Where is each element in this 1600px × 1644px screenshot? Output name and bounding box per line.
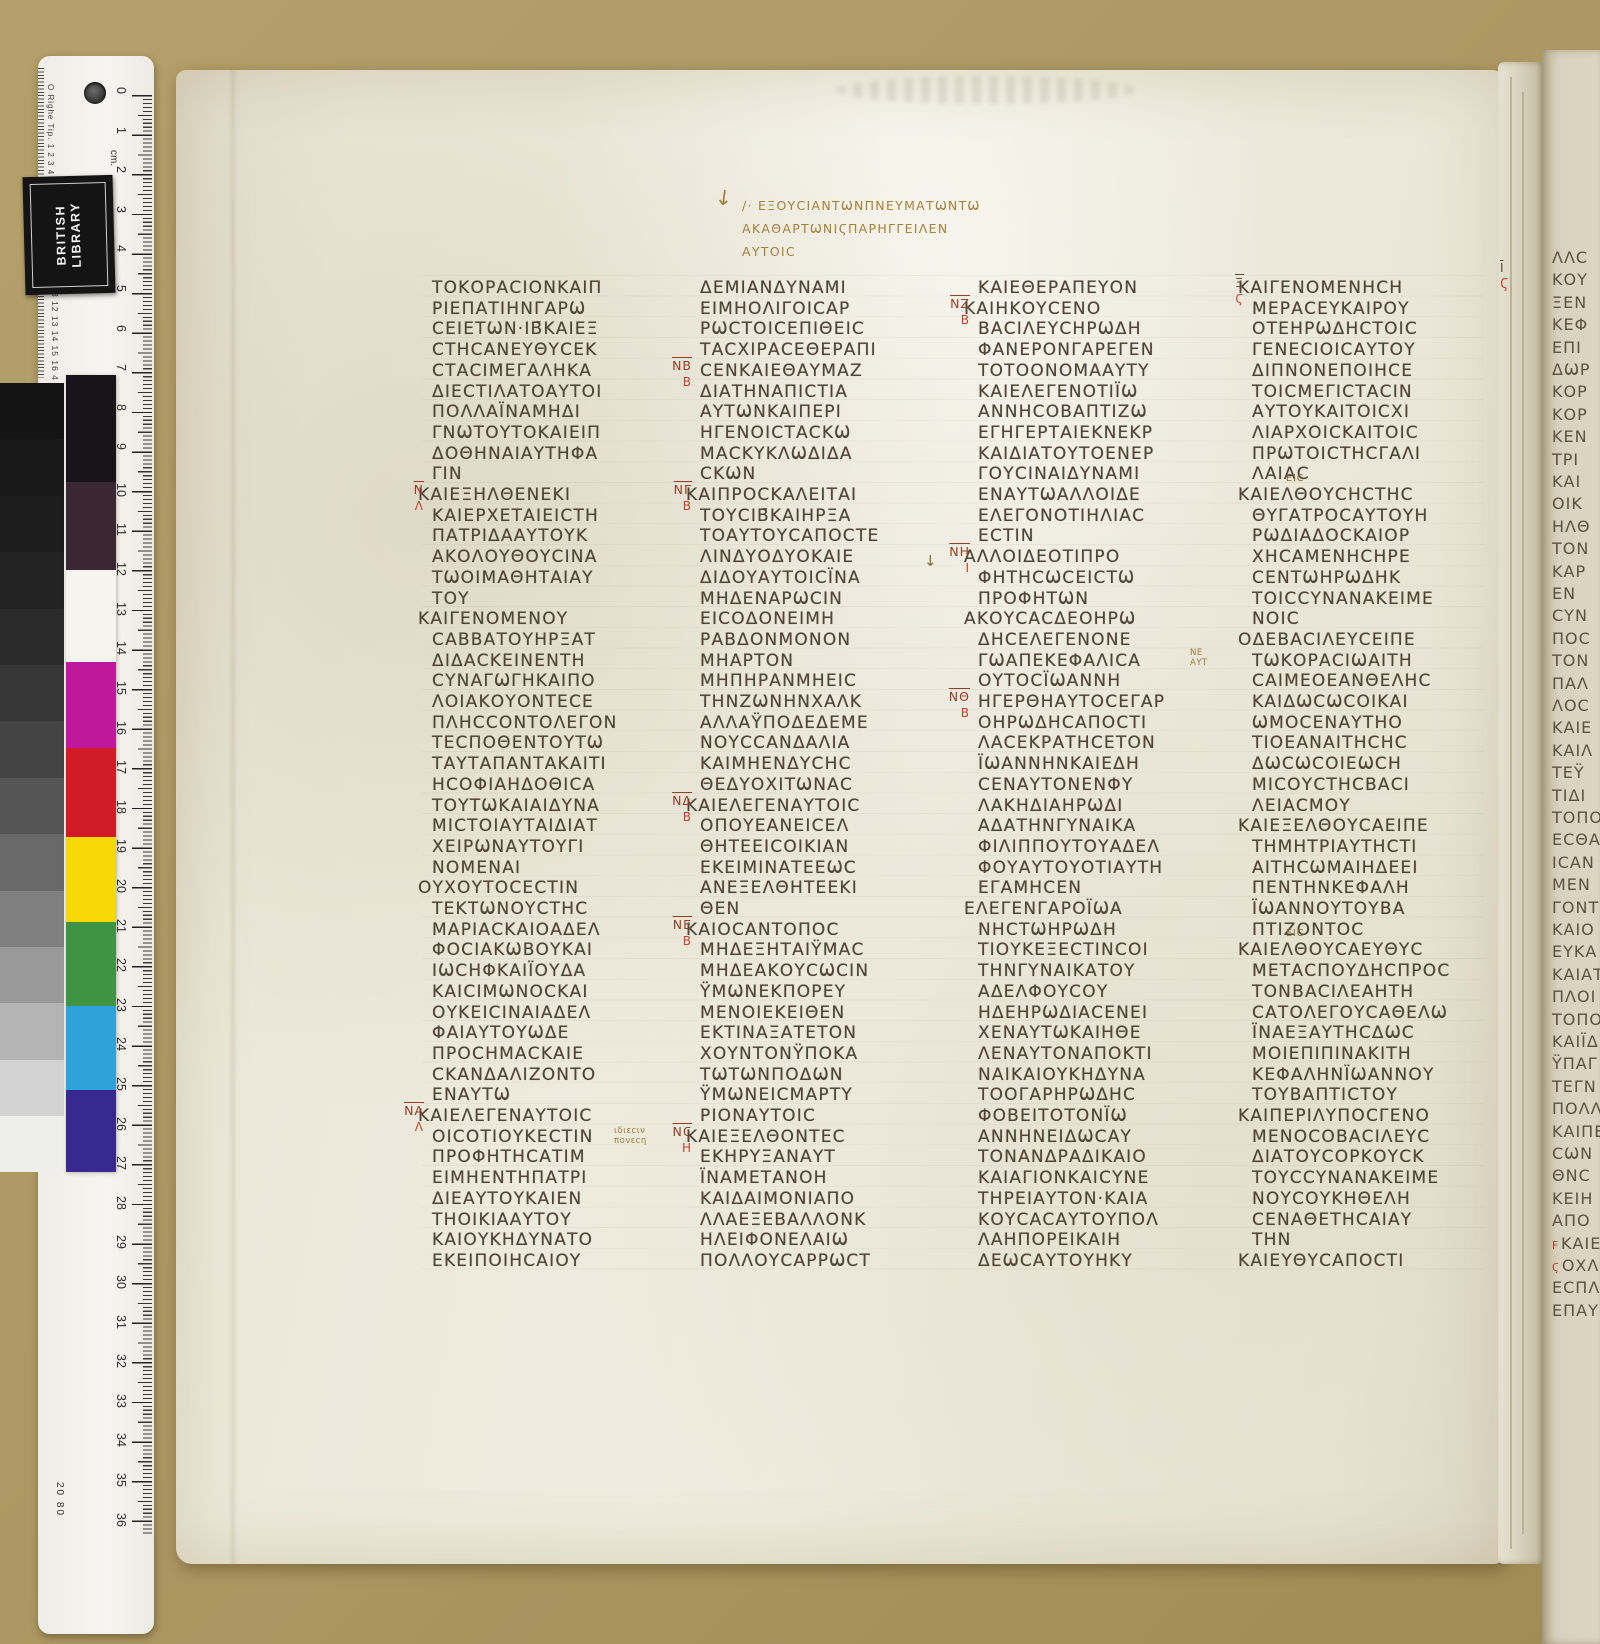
text-line: ΠΡѠΤΟΙСΤΗСΓΑΛΙ — [1252, 444, 1421, 464]
edge-text-fragment: ΤΕΓΝ — [1552, 1077, 1597, 1096]
text-line: ΕΓΑΜΗСΕΝ — [978, 878, 1082, 898]
text-line: ΔΕѠСΑΥΤΟΥΗΚΥ — [978, 1251, 1133, 1271]
text-line: ΚΑΙΕΛΕΓΕΝΑΥΤΟΙС — [418, 1106, 593, 1126]
text-line: СΕΝΑΘΕΤΗСΑΙΑΥ — [1252, 1210, 1412, 1230]
text-line: СΕΙΕΤѠΝ·ΙΒ̄ΚΑΙΕΞ — [432, 319, 599, 339]
text-line: ΪѠΑΝΝΟΥΤΟΥΒΑ — [1252, 899, 1406, 919]
text-line: ΚΑΙΕΥΘΥСΑΠΟСΤΙ — [1238, 1251, 1404, 1271]
interlinear-correction-1: ΕΙС — [1286, 473, 1304, 484]
interlinear-correction-2: ΕΙС — [1286, 928, 1304, 939]
text-line: ΛΕΝΑΥΤΟΝΑΠΟΚΤΙ — [978, 1044, 1153, 1064]
section-number: ΝΘ — [916, 691, 970, 703]
edge-text-fragment: ΤΟΠΟ — [1552, 808, 1600, 827]
text-line: ΦΙΛΙΠΠΟΥΤΟΥΑΔΕΛ — [978, 837, 1160, 857]
text-line: ΤΟΝΑΝΔΡΑΔΙΚΑΙΟ — [978, 1147, 1147, 1167]
eusebian-canon-mark: ΝΛ — [370, 484, 424, 512]
text-line: ΜΕΝΟΙΕΚΕΙΘΕΝ — [700, 1003, 845, 1023]
edge-text-fragment: ΤΙΔΙ — [1552, 786, 1586, 805]
text-line: ΔΗСΕΛΕΓΕΝΟΝΕ — [978, 630, 1132, 650]
text-line: СΕΝΚΑΙΕΘΑΥΜΑΖ — [700, 361, 863, 381]
text-line: ΤΗΝΓΥΝΑΙΚΑΤΟΥ — [978, 961, 1136, 981]
text-line: ΛΙΝΔΥΟΔΥΟΚΑΙΕ — [700, 547, 854, 567]
text-line: ΤΟΙССΥΝΑΝΑΚΕΙΜΕ — [1252, 589, 1434, 609]
manuscript-page: ↓ ∕· ΕΞΟΥСΙΑΝΤѠΝΠΝΕΥΜΑΤѠΝΤѠΑΚΑΘΑΡΤѠΝΙϚΠΑ… — [176, 70, 1506, 1564]
edge-text-fragment: ϚΟΧΛΟ — [1552, 1256, 1600, 1275]
text-line: ΕΙΜΗΕΝΤΗΠΑΤΡΙ — [432, 1168, 588, 1188]
text-line: ΓΟΥСΙΝΑΙΔΥΝΑΜΙ — [978, 464, 1140, 484]
text-line: ΑΝΝΗΝΕΙΔѠСΑΥ — [978, 1127, 1132, 1147]
ruler-number: 6 — [112, 325, 128, 332]
text-line: ΦΗΤΗСѠСΕΙСΤѠ — [978, 568, 1135, 588]
eusebian-canon-mark: ΝΕΒ — [638, 919, 692, 947]
section-number: Ν — [370, 484, 424, 496]
gray-patch — [0, 721, 64, 777]
text-line: ΕΙСΟΔΟΝΕΙΜΗ — [700, 609, 835, 629]
text-line: ΔΙΑΤΟΥСΟΡΚΟΥСΚ — [1252, 1147, 1425, 1167]
text-line: ΚΑΙΕΛΘΟΥСΑΕΥΘΥС — [1238, 940, 1424, 960]
text-line: ΕΛΕΓΟΝΟΤΙΗΛΙΑС — [978, 506, 1145, 526]
text-line: ΠΑΤΡΙΔΑΑΥΤΟΥΚ — [432, 526, 588, 546]
edge-text-fragment: ΠΑΛ — [1552, 674, 1589, 693]
text-line: ΤΕСΠΟΘΕΝΤΟΥΤѠ — [432, 733, 604, 753]
text-line: ΚΕΦΑΛΗΝΪѠΑΝΝΟΥ — [1252, 1065, 1435, 1085]
gray-patch — [0, 552, 64, 608]
text-line: ΤΑΥΤΑΠΑΝΤΑΚΑΙΤΙ — [432, 754, 607, 774]
text-line: ΛΑСΕΚΡΑΤΗСΕΤΟΝ — [978, 733, 1156, 753]
corrector-note-col2: ιδιεϲιν πονεϲη — [614, 1126, 647, 1146]
text-line: ΤѠΚΟΡΑСΙѠΑΙΤΗ — [1252, 651, 1413, 671]
ruler-number: 3 — [112, 206, 128, 213]
text-line: ΑΝΕΞΕΛΘΗΤΕΕΚΙ — [700, 878, 858, 898]
color-patch-yellow — [66, 837, 116, 922]
text-line: ΟΥΧΟΥΤΟСΕСΤΙΝ — [418, 878, 579, 898]
column-4: ΚΑΙΓΕΝΟΜΕΝΗСΗΜΕΡΑСΕΥΚΑΙΡΟΥΟΤΕΗΡѠΔΗСΤΟΙСΓ… — [1252, 278, 1478, 1276]
facing-page-canon-mark: Ι Ϛ — [1500, 262, 1540, 291]
text-line: ΙѠСΗΦΚΑΙΪΟΥΔΑ — [432, 961, 586, 981]
section-number: Ξ — [1190, 277, 1244, 289]
edge-text-fragment: ΕΥΚΑ — [1552, 942, 1597, 961]
ruler-hole-icon — [84, 82, 106, 104]
section-number: ΝΖ — [916, 298, 970, 310]
edge-text-fragment: ΕΠΙ — [1552, 338, 1582, 357]
annotation-line: ΑΚΑΘΑΡΤѠΝΙϚΠΑΡΗΓΓΕΙΛΕΝ — [742, 221, 948, 236]
edge-red-mark: Ϛ — [1552, 1262, 1560, 1274]
edge-text-fragment: ΚΕΦ — [1552, 315, 1588, 334]
text-line: ΘΥΓΑΤΡΟСΑΥΤΟΥΗ — [1252, 506, 1429, 526]
edge-text-fragment: ΔѠΡ — [1552, 360, 1591, 379]
text-line: ΟΙСΟΤΙΟΥΚΕСΤΙΝ — [432, 1127, 593, 1147]
text-line: ΤΟΤΟΟΝΟΜΑΑΥΤΥ — [978, 361, 1150, 381]
color-patch-green — [66, 922, 116, 1006]
column-2: ΔΕΜΙΑΝΔΥΝΑΜΙΕΙΜΗΟΛΙΓΟΙСΑΡΡѠСΤΟΙСΕΠΙΘΕΙСΤ… — [700, 278, 926, 1276]
text-line: ΤΗΝ — [1252, 1230, 1291, 1250]
edge-text-fragment: ΓΟΝΤ — [1552, 898, 1599, 917]
parchment-crease — [228, 70, 238, 1564]
canon-number: Β — [916, 314, 970, 326]
text-line: ΪΝΑΕΞΑΥΤΗСΔѠС — [1252, 1023, 1415, 1043]
text-line: ΤΗΝΖѠΝΗΝΧΑΛΚ — [700, 692, 862, 712]
text-line: ΡѠСΤΟΙСΕΠΙΘΕΙС — [700, 319, 865, 339]
text-line: ΔΕΜΙΑΝΔΥΝΑΜΙ — [700, 278, 847, 298]
text-line: ΠΟΛΛΟΥСΑΡΡѠСΤ — [700, 1251, 871, 1271]
text-line: ΡΙΕΠΑΤΙΗΝΓΑΡѠ — [432, 299, 586, 319]
text-line: СΚѠΝ — [700, 464, 756, 484]
eusebian-canon-mark: ΝΓΒ — [638, 484, 692, 512]
text-line: ΕΚΕΙΠΟΙΗСΑΙΟΥ — [432, 1251, 581, 1271]
text-line: ΛΑΚΗΔΙΑΗΡѠΔΙ — [978, 796, 1123, 816]
edge-text-fragment: ΚΑΙΛ — [1552, 741, 1593, 760]
text-line: ΚΑΙΔΑΙΜΟΝΙΑΠΟ — [700, 1189, 855, 1209]
annotation-line: ∕· ΕΞΟΥСΙΑΝΤѠΝΠΝΕΥΜΑΤѠΝΤѠ — [742, 198, 980, 213]
text-line: ΓѠΑΠΕΚΕΦΑΛΙСΑ — [978, 651, 1141, 671]
text-line: ΛΑΗΠΟΡΕΙΚΑΙΗ — [978, 1230, 1121, 1250]
text-line: ΕΚΕΙΜΙΝΑΤΕΕѠС — [700, 858, 857, 878]
text-line: ΕΝΑΥΤѠΑΛΛΟΙΔΕ — [978, 485, 1141, 505]
eusebian-canon-mark: ΝΖΒ — [916, 298, 970, 326]
text-line: ΚΑΙΕΞΕΛΘΟΝΤΕС — [686, 1127, 846, 1147]
text-line: ΚΑΙСΙΜѠΝΟСΚΑΙ — [432, 982, 589, 1002]
canon-number: Ϛ — [1190, 293, 1244, 305]
edge-text-fragment: ΚΑΙΑΤ — [1552, 965, 1600, 984]
text-line: ΑΛΛΟΙΔΕΟΤΙΠΡΟ — [964, 547, 1120, 567]
text-line: ΤΑСΧΙΡΑСΕΘΕΡΑΠΙ — [700, 340, 877, 360]
text-line: ΦΑΝΕΡΟΝΓΑΡΕΓΕΝ — [978, 340, 1155, 360]
text-line: ΜΗΔΕΝΑΡѠСΙΝ — [700, 589, 843, 609]
text-line: ΤѠΟΙΜΑΘΗΤΑΙΑΥ — [432, 568, 594, 588]
text-line: ΔΙΕСΤΙΛΑΤΟΑΥΤΟΙ — [432, 382, 602, 402]
text-line: ΠΤΙΖΟΝΤΟС — [1252, 920, 1364, 940]
edge-text-fragment: ΠΟС — [1552, 629, 1591, 648]
text-line: ΫΜѠΝΕΙСΜΑΡΤΥ — [700, 1085, 853, 1105]
text-line: ΑΥΤѠΝΚΑΙΠΕΡΙ — [700, 402, 842, 422]
gray-patch — [0, 383, 64, 439]
text-line: ΝΗСΤѠΗΡѠΔΗ — [978, 920, 1117, 940]
gray-patch — [0, 834, 64, 890]
text-line: ΤΙΟΕΑΝΑΙΤΗСΗС — [1252, 733, 1408, 753]
text-line: ΝΟΙС — [1252, 609, 1300, 629]
color-patch-indigo — [66, 1090, 116, 1172]
text-line: ΚΑΙΕΡΧΕΤΑΙΕΙСΤΗ — [432, 506, 599, 526]
text-line: ΔΙΠΝΟΝΕΠΟΙΗСΕ — [1252, 361, 1413, 381]
gray-patch — [0, 1003, 64, 1059]
gray-patch — [0, 665, 64, 721]
text-line: ΚΑΙΗΚΟΥСΕΝΟ — [964, 299, 1101, 319]
edge-text-fragment: ΚΑΙΟ — [1552, 920, 1595, 939]
text-line: ΠΟΛΛΑΪΝΑΜΗΔΙ — [432, 402, 581, 422]
text-line: ΟΤΕΗΡѠΔΗСΤΟΙС — [1252, 319, 1418, 339]
text-line: ΚΑΙΔΙΑΤΟΥΤΟΕΝΕΡ — [978, 444, 1154, 464]
edge-text-fragment: ΤΟΝ — [1552, 651, 1589, 670]
edge-text-fragment: ΕΝ — [1552, 584, 1576, 603]
text-line: ΔΙΔΑСΚΕΙΝΕΝΤΗ — [432, 651, 586, 671]
edge-text-fragment: ΚΑΡ — [1552, 562, 1586, 581]
offset-smudge — [836, 76, 1136, 104]
canon-number: Λ — [370, 1121, 424, 1133]
text-line: ΤΗΟΙΚΙΑΑΥΤΟΥ — [432, 1210, 572, 1230]
edge-text-fragment: ΚΟΥ — [1552, 270, 1588, 289]
text-line: ΚΑΙΠΡΟСΚΑΛΕΙΤΑΙ — [686, 485, 857, 505]
text-line: ΑΙΤΗСѠΜΑΙΗΔΕΕΙ — [1252, 858, 1419, 878]
text-line: ΤΟΝΒΑСΙΛΕΑΗΤΗ — [1252, 982, 1414, 1002]
text-line: ΒΑСΙΛΕΥСΗΡѠΔΗ — [978, 319, 1142, 339]
text-line: ΟΗΡѠΔΗСΑΠΟСΤΙ — [978, 713, 1147, 733]
ruler-cm-ticks — [132, 95, 152, 1535]
canon-number: Ι — [916, 562, 970, 574]
text-line: ΚΑΙΟСΑΝΤΟΠΟС — [686, 920, 840, 940]
text-line: ΜΕΝΟСΟΒΑСΙΛΕΥС — [1252, 1127, 1430, 1147]
gray-patch — [0, 1116, 64, 1172]
text-line: ΑΛΛΑΫΠΟΔΕΔΕΜΕ — [700, 713, 869, 733]
column-3: ΚΑΙΕΘΕΡΑΠΕΥΟΝΚΑΙΗΚΟΥСΕΝΟΒΑСΙΛΕΥСΗΡѠΔΗΦΑΝ… — [978, 278, 1204, 1276]
text-line: ΚΑΙΕΞΗΛΘΕΝΕΚΙ — [418, 485, 571, 505]
edge-text-fragment: ΚΑΙΪΔ — [1552, 1032, 1599, 1051]
text-line: ΡΑΒΔΟΝΜΟΝΟΝ — [700, 630, 851, 650]
text-line: ΛΕΙΑСΜΟΥ — [1252, 796, 1351, 816]
text-line: ΤѠΤѠΝΠΟΔѠΝ — [700, 1065, 844, 1085]
text-line: ΕΙΜΗΟΛΙΓΟΙСΑΡ — [700, 299, 850, 319]
text-line: ΤΟΑΥΤΟΥСΑΠΟСΤΕ — [700, 526, 879, 546]
text-line: ΚΑΙΠΕΡΙΛΥΠΟСΓΕΝΟ — [1238, 1106, 1430, 1126]
text-line: ΘΕΝ — [700, 899, 740, 919]
text-line: ΕΛΕΓΕΝΓΑΡΟΪѠΑ — [964, 899, 1123, 919]
ruler-number: 29 — [112, 1235, 128, 1249]
edge-text-fragment: ΛΛС — [1552, 248, 1588, 267]
text-line: ΝΟΥСΟΥΚΗΘΕΛΗ — [1252, 1189, 1411, 1209]
ruler-number: 30 — [112, 1275, 128, 1289]
text-line: ΧΕΙΡѠΝΑΥΤΟΥΓΙ — [432, 837, 585, 857]
british-library-tab: BRITISH LIBRARY — [22, 175, 115, 295]
canon-number: Β — [638, 935, 692, 947]
gray-patch — [0, 496, 64, 552]
text-line: ΤΟΟΓΑΡΗΡѠΔΗС — [978, 1085, 1136, 1105]
text-line: ΪѠΑΝΝΗΝΚΑΙΕΔΗ — [978, 754, 1140, 774]
edge-text-fragment: ΫΠΑΓ — [1552, 1054, 1598, 1073]
text-line: ΔΟΘΗΝΑΙΑΥΤΗΦΑ — [432, 444, 598, 464]
text-line: ΜΑΡΙΑСΚΑΙΟΑΔΕΛ — [432, 920, 601, 940]
text-line: ΤΟΥСΙΒ̄ΚΑΙΗΡΞΑ — [700, 506, 852, 526]
text-line: ΓΝѠΤΟΥΤΟΚΑΙΕΙΠ — [432, 423, 601, 443]
text-line: ΚΑΙΕΛΕΓΕΝΟΤΙΪѠ — [978, 382, 1138, 402]
text-line: ΝΟΥССΑΝΔΑΛΙΑ — [700, 733, 851, 753]
grayscale-calibration-strip — [0, 383, 64, 1172]
text-line: ΜΕΡΑСΕΥΚΑΙΡΟΥ — [1252, 299, 1410, 319]
text-line: ΤΟΚΟΡΑСΙΟΝΚΑΙΠ — [432, 278, 603, 298]
eusebian-canon-mark: ΝΒΒ — [638, 360, 692, 388]
color-patch-dark-maroon — [66, 482, 116, 570]
annotation-line: ΑΥΤΟΙС — [742, 244, 796, 259]
text-line: ΟΥΤΟСΪѠΑΝΝΗ — [978, 671, 1121, 691]
color-patch-magenta — [66, 662, 116, 748]
text-line: ΕСΤΙΝ — [978, 526, 1035, 546]
color-patch-black — [66, 375, 116, 482]
text-line: ΚΑΙΕΞΕΛΘΟΥСΑΕΙΠΕ — [1238, 816, 1429, 836]
color-patch-white — [66, 570, 116, 662]
text-line: ΚΑΙΓΕΝΟΜΕΝΗСΗ — [1238, 278, 1403, 298]
text-line: ΑΝΝΗСΟΒΑΠΤΙΖѠ — [978, 402, 1148, 422]
text-line: ΓΙΝ — [432, 464, 463, 484]
section-number: ΝΒ — [638, 360, 692, 372]
text-line: ΚΑΙΕΛΘΟΥСΗСΤΗС — [1238, 485, 1414, 505]
edge-text-fragment: ΕΠΑΥ — [1552, 1301, 1599, 1320]
ruler-number: 31 — [112, 1315, 128, 1329]
edge-text-fragment: ΤΡΙ — [1552, 450, 1579, 469]
edge-text-fragment: ΑΠΟ — [1552, 1211, 1591, 1230]
text-line: ΜΟΙΕΠΙΠΙΝΑΚΙΤΗ — [1252, 1044, 1412, 1064]
text-line: ΗΔΕΗΡѠΔΙΑСΕΝΕΙ — [978, 1003, 1148, 1023]
text-line: ΧΗСΑΜΕΝΗСΗΡΕ — [1252, 547, 1411, 567]
text-line: ΚΑΙΓΕΝΟΜΕΝΟΥ — [418, 609, 568, 629]
text-line: ΝΟΜΕΝΑΙ — [432, 858, 521, 878]
ruler-number: 32 — [112, 1354, 128, 1368]
eusebian-canon-mark: ΝΑΛ — [370, 1105, 424, 1133]
canon-number: Β — [916, 707, 970, 719]
text-line: СΕΝΑΥΤΟΝΕΝΦΥ — [978, 775, 1133, 795]
edge-text-fragment: ΠΛΟΙ — [1552, 987, 1596, 1006]
gray-patch — [0, 891, 64, 947]
edge-text-fragment: ΛΟС — [1552, 696, 1590, 715]
text-line: ΤΟΥΤѠΚΑΙΑΙΔΥΝΑ — [432, 796, 600, 816]
text-line: ΚΟΥСΑСΑΥΤΟΥΠΟΛ — [978, 1210, 1159, 1230]
text-line: ΘΗΤΕΕΙСΟΙΚΙΑΝ — [700, 837, 849, 857]
section-number: ΝΕ — [638, 919, 692, 931]
text-line: ΠΡΟΦΗΤѠΝ — [978, 589, 1089, 609]
gray-patch — [0, 609, 64, 665]
text-line: ΤΙΟΥΚΕΞΕСΤΙΝСΟΙ — [978, 940, 1149, 960]
text-line: ΠΕΝΤΗΝΚΕΦΑΛΗ — [1252, 878, 1410, 898]
color-patch-light-blue — [66, 1006, 116, 1090]
text-line: ΑΔΕΛΦΟΥСΟΥ — [978, 982, 1108, 1002]
text-line: ΔΙΕΑΥΤΟΥΚΑΙΕΝ — [432, 1189, 582, 1209]
canon-number: Β — [638, 811, 692, 823]
ruler-fine-scale-mid: 3 12 13 14 15 16 4 — [50, 292, 60, 381]
section-number: ΝΓ — [638, 484, 692, 496]
edge-text-fragment: ϜΚΑΙΕΞ — [1552, 1234, 1600, 1253]
canon-number: Β — [638, 376, 692, 388]
text-line: СΤΗСΑΝΕΥΘΥСΕΚ — [432, 340, 598, 360]
text-line: ΗΓΕΡΘΗΑΥΤΟСΕΓΑΡ — [978, 692, 1165, 712]
text-line: ΤΟΥΒΑΠΤΙСΤΟΥ — [1252, 1085, 1398, 1105]
ruler-number: 2 — [112, 166, 128, 173]
text-line: ΓΕΝΕСΙΟΙСΑΥΤΟΥ — [1252, 340, 1416, 360]
text-line: СΕΝΤѠΗΡѠΔΗΚ — [1252, 568, 1401, 588]
text-line: ΑΔΑΤΗΝΓΥΝΑΙΚΑ — [978, 816, 1136, 836]
text-line: ΠΡΟСΗΜΑСΚΑΙΕ — [432, 1044, 584, 1064]
eusebian-canon-mark: ΝΘΒ — [916, 691, 970, 719]
text-line: ΗΓΕΝΟΙСΤΑСΚѠ — [700, 423, 851, 443]
edge-text-fragment: ΜΕΝ — [1552, 875, 1591, 894]
text-line: ΛΙΑΡΧΟΙСΚΑΙΤΟΙС — [1252, 423, 1419, 443]
canon-number: Β — [638, 500, 692, 512]
text-line: ΫΜѠΝΕΚΠΟΡΕΥ — [700, 982, 846, 1002]
ruler-number: 35 — [112, 1473, 128, 1487]
text-line: ΚΑΙΕΘΕΡΑΠΕΥΟΝ — [978, 278, 1138, 298]
text-line: ѠΜΟСΕΝΑΥΤΗΟ — [1252, 713, 1403, 733]
ruler-number: 33 — [112, 1394, 128, 1408]
manuscript-photo-stage: cm. 012345678910111213141516171819202122… — [0, 0, 1600, 1644]
edge-text-fragment: ΞΕΝ — [1552, 293, 1587, 312]
text-line: ΔΙΑΤΗΝΑΠΙСΤΙΑ — [700, 382, 848, 402]
edge-text-fragment: ΚΑΙΕ — [1552, 718, 1592, 737]
ruler-number: 36 — [112, 1513, 128, 1527]
text-line: ΜΗΠΗΡΑΝΜΗΕΙС — [700, 671, 857, 691]
text-line: ΚΑΙΑΓΙΟΝΚΑΙСΥΝΕ — [978, 1168, 1150, 1188]
edge-text-fragment: ΤΕΫ — [1552, 763, 1585, 782]
ruler-number: 0 — [112, 87, 128, 94]
ruler-number: 34 — [112, 1433, 128, 1447]
ruler-number: 1 — [112, 127, 128, 134]
edge-text-fragment: ΚΑΙ — [1552, 472, 1581, 491]
edge-text-fragment: ΕСΘΑ — [1552, 830, 1600, 849]
text-line: ΗСΟΦΙΑΗΔΟΘΙСΑ — [432, 775, 595, 795]
text-line: ΜΕΤΑСΠΟΥΔΗСΠΡΟС — [1252, 961, 1450, 981]
text-line: ΕΚΤΙΝΑΞΑΤΕΤΟΝ — [700, 1023, 857, 1043]
edge-text-fragment: ΚΟΡ — [1552, 405, 1588, 424]
edge-text-fragment: ΚΕΙΗ — [1552, 1189, 1593, 1208]
section-number: ΝΗ — [916, 546, 970, 558]
text-line: ΗΛΕΙΦΟΝΕΛΑΙѠ — [700, 1230, 849, 1250]
text-line: СΤΑСΙΜΕΓΑΛΗΚΑ — [432, 361, 592, 381]
gray-patch — [0, 778, 64, 834]
text-line: ΝΑΙΚΑΙΟΥΚΗΔΥΝΑ — [978, 1065, 1146, 1085]
text-line: ΜΗΔΕΞΗΤΑΙΫΜΑС — [700, 940, 865, 960]
text-line: ΡΙΟΝΑΥΤΟΙС — [700, 1106, 816, 1126]
text-line: ΦΟСΙΑΚѠΒΟΥΚΑΙ — [432, 940, 593, 960]
text-line: ΚΑΙΟΥΚΗΔΥΝΑΤΟ — [432, 1230, 593, 1250]
edge-text-fragment: ΚΟΡ — [1552, 382, 1588, 401]
text-line: ΕΝΑΥΤѠ — [432, 1085, 511, 1105]
corrector-note-col3: ΝΕ ΑΥΤ — [1190, 648, 1208, 668]
text-line: ΡѠΔΙΑΔΟСΚΑΙΟΡ — [1252, 526, 1410, 546]
edge-text-fragment: ΘΝС — [1552, 1166, 1591, 1185]
text-line: ΧΕΝΑΥΤѠΚΑΙΗΘΕ — [978, 1023, 1142, 1043]
gray-patch — [0, 1060, 64, 1116]
text-line: ΤΗΡΕΙΑΥΤΟΝ·ΚΑΙΑ — [978, 1189, 1149, 1209]
text-line: ΚΑΙΔѠСѠСΟΙΚΑΙ — [1252, 692, 1409, 712]
eusebian-canon-mark: ΝΔΒ — [638, 795, 692, 823]
text-line: ΤΟΙСΜΕΓΙСΤΑСΙΝ — [1252, 382, 1413, 402]
section-number: ΝΔ — [638, 795, 692, 807]
text-line: ΑΚΟΥСΑСΔΕΟΗΡѠ — [964, 609, 1136, 629]
edge-text-fragment: СΥΝ — [1552, 606, 1588, 625]
edge-text-fragment: ΕСΠΛ — [1552, 1278, 1600, 1297]
text-line: ΤΗΜΗΤΡΙΑΥΤΗСΤΙ — [1252, 837, 1418, 857]
text-line: ΟΥΚΕΙСΙΝΑΙΑΔΕΛ — [432, 1003, 591, 1023]
edge-text-fragment: СѠΝ — [1552, 1144, 1593, 1163]
text-line: ΚΑΙΜΗΕΝΔΥСΗС — [700, 754, 852, 774]
text-line: СΑΙΜΕΟΕΑΝΘΕΛΗС — [1252, 671, 1432, 691]
edge-text-fragment: ΙСΑΝ — [1552, 853, 1595, 872]
edge-text-fragment: ΤΟΠΟ — [1552, 1010, 1600, 1029]
text-line: ΠΛΗССΟΝΤΟΛΕΓΟΝ — [432, 713, 618, 733]
text-line: ΜΑСΚΥΚΛѠΔΙΔΑ — [700, 444, 853, 464]
text-line: ΟΔΕΒΑСΙΛΕΥСΕΙΠΕ — [1238, 630, 1416, 650]
facing-page-edge: ΛΛСΚΟΥΞΕΝΚΕΦΕΠΙΔѠΡΚΟΡΚΟΡΚΕΝΤΡΙΚΑΙΟΙΚΗΛΘΤ… — [1542, 50, 1600, 1644]
text-line: ΜΗΑΡΤΟΝ — [700, 651, 794, 671]
text-line: ΚΑΙΕΛΕΓΕΝΑΥΤΟΙС — [686, 796, 861, 816]
text-line: СΑΤΟΛΕΓΟΥСΑΘΕΛѠ — [1252, 1003, 1448, 1023]
text-line: ΦΟΥΑΥΤΟΥΟΤΙΑΥΤΗ — [978, 858, 1163, 878]
text-line: СΚΑΝΔΑΛΙΖΟΝΤΟ — [432, 1065, 596, 1085]
text-line: ΔѠСѠСΟΙΕѠСΗ — [1252, 754, 1402, 774]
text-line: ΧΟΥΝΤΟΝΫΠΟΚΑ — [700, 1044, 858, 1064]
text-line: ΛΛΑΕΞΕΒΑΛΛΟΝΚ — [700, 1210, 867, 1230]
text-line: ΕΓΗΓΕΡΤΑΙΕΚΝΕΚΡ — [978, 423, 1153, 443]
canon-number: Ϛ — [1500, 278, 1540, 291]
edge-text-fragment: ΚΑΙΠΕ — [1552, 1122, 1600, 1141]
edge-text-fragment: ΠΟΛΛ — [1552, 1099, 1600, 1118]
edge-text-fragment: ΚΕΝ — [1552, 427, 1588, 446]
text-line: ΟΠΟΥΕΑΝΕΙСΕΛ — [700, 816, 849, 836]
